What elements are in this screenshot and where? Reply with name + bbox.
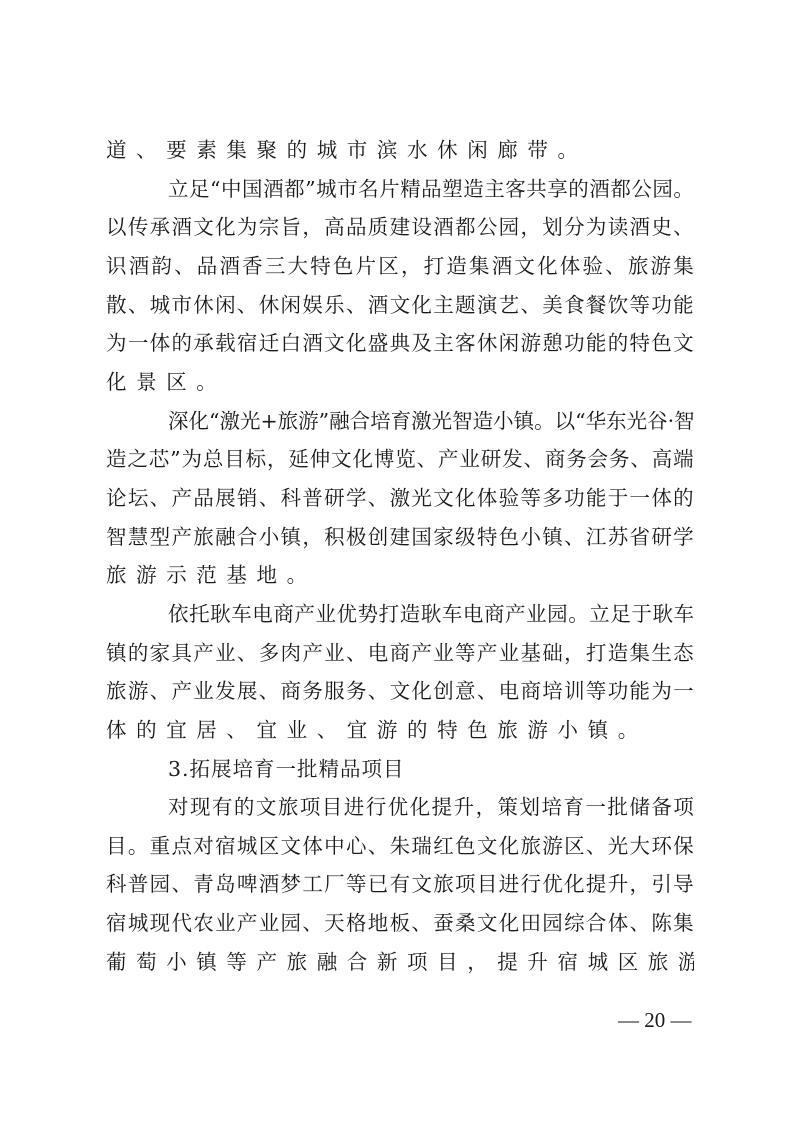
text-line: 旅游示范基地。	[106, 556, 694, 595]
text-line: 葡萄小镇等产旅融合新项目，提升宿城区旅游吸引力。	[106, 943, 694, 982]
text-line: 论坛、产品展销、科普研学、激光文化体验等多功能于一体的	[106, 479, 694, 518]
text-line: 旅游、产业发展、商务服务、文化创意、电商培训等功能为一	[106, 672, 694, 711]
paragraph-heading-line: 深化“激光+旅游”融合培育激光智造小镇。以“华东光谷·智	[106, 402, 694, 441]
document-body: 道、要素集聚的城市滨水休闲廊带。 立足“中国酒都”城市名片精品塑造主客共享的酒都…	[106, 131, 694, 981]
text-line: 以传承酒文化为宗旨，高品质建设酒都公园，划分为读酒史、	[106, 208, 694, 247]
paragraph-heading-line: 依托耿车电商产业优势打造耿车电商产业园。立足于耿车	[106, 595, 694, 634]
text-line: 镇的家具产业、多肉产业、电商产业等产业基础，打造集生态	[106, 634, 694, 673]
text-line: 科普园、青岛啤酒梦工厂等已有文旅项目进行优化提升，引导	[106, 865, 694, 904]
text-line: 为一体的承载宿迁白酒文化盛典及主客休闲游憩功能的特色文	[106, 324, 694, 363]
text-line: 道、要素集聚的城市滨水休闲廊带。	[106, 131, 694, 170]
page-number: — 20 —	[618, 1008, 692, 1033]
paragraph-heading-line: 立足“中国酒都”城市名片精品塑造主客共享的酒都公园。	[106, 170, 694, 209]
text-line: 散、城市休闲、休闲娱乐、酒文化主题演艺、美食餐饮等功能	[106, 286, 694, 325]
text-line: 化景区。	[106, 363, 694, 402]
text-line: 体的宜居、宜业、宜游的特色旅游小镇。	[106, 711, 694, 750]
text-line: 造之芯”为总目标，延伸文化博览、产业研发、商务会务、高端	[106, 440, 694, 479]
text-line: 智慧型产旅融合小镇，积极创建国家级特色小镇、江苏省研学	[106, 518, 694, 557]
text-line: 识酒韵、品酒香三大特色片区，打造集酒文化体验、旅游集	[106, 247, 694, 286]
text-line: 目。重点对宿城区文体中心、朱瑞红色文化旅游区、光大环保	[106, 827, 694, 866]
section-heading: 3.拓展培育一批精品项目	[106, 750, 694, 789]
text-line: 宿城现代农业产业园、天格地板、蚕桑文化田园综合体、陈集	[106, 904, 694, 943]
paragraph-first-line: 对现有的文旅项目进行优化提升，策划培育一批储备项	[106, 788, 694, 827]
